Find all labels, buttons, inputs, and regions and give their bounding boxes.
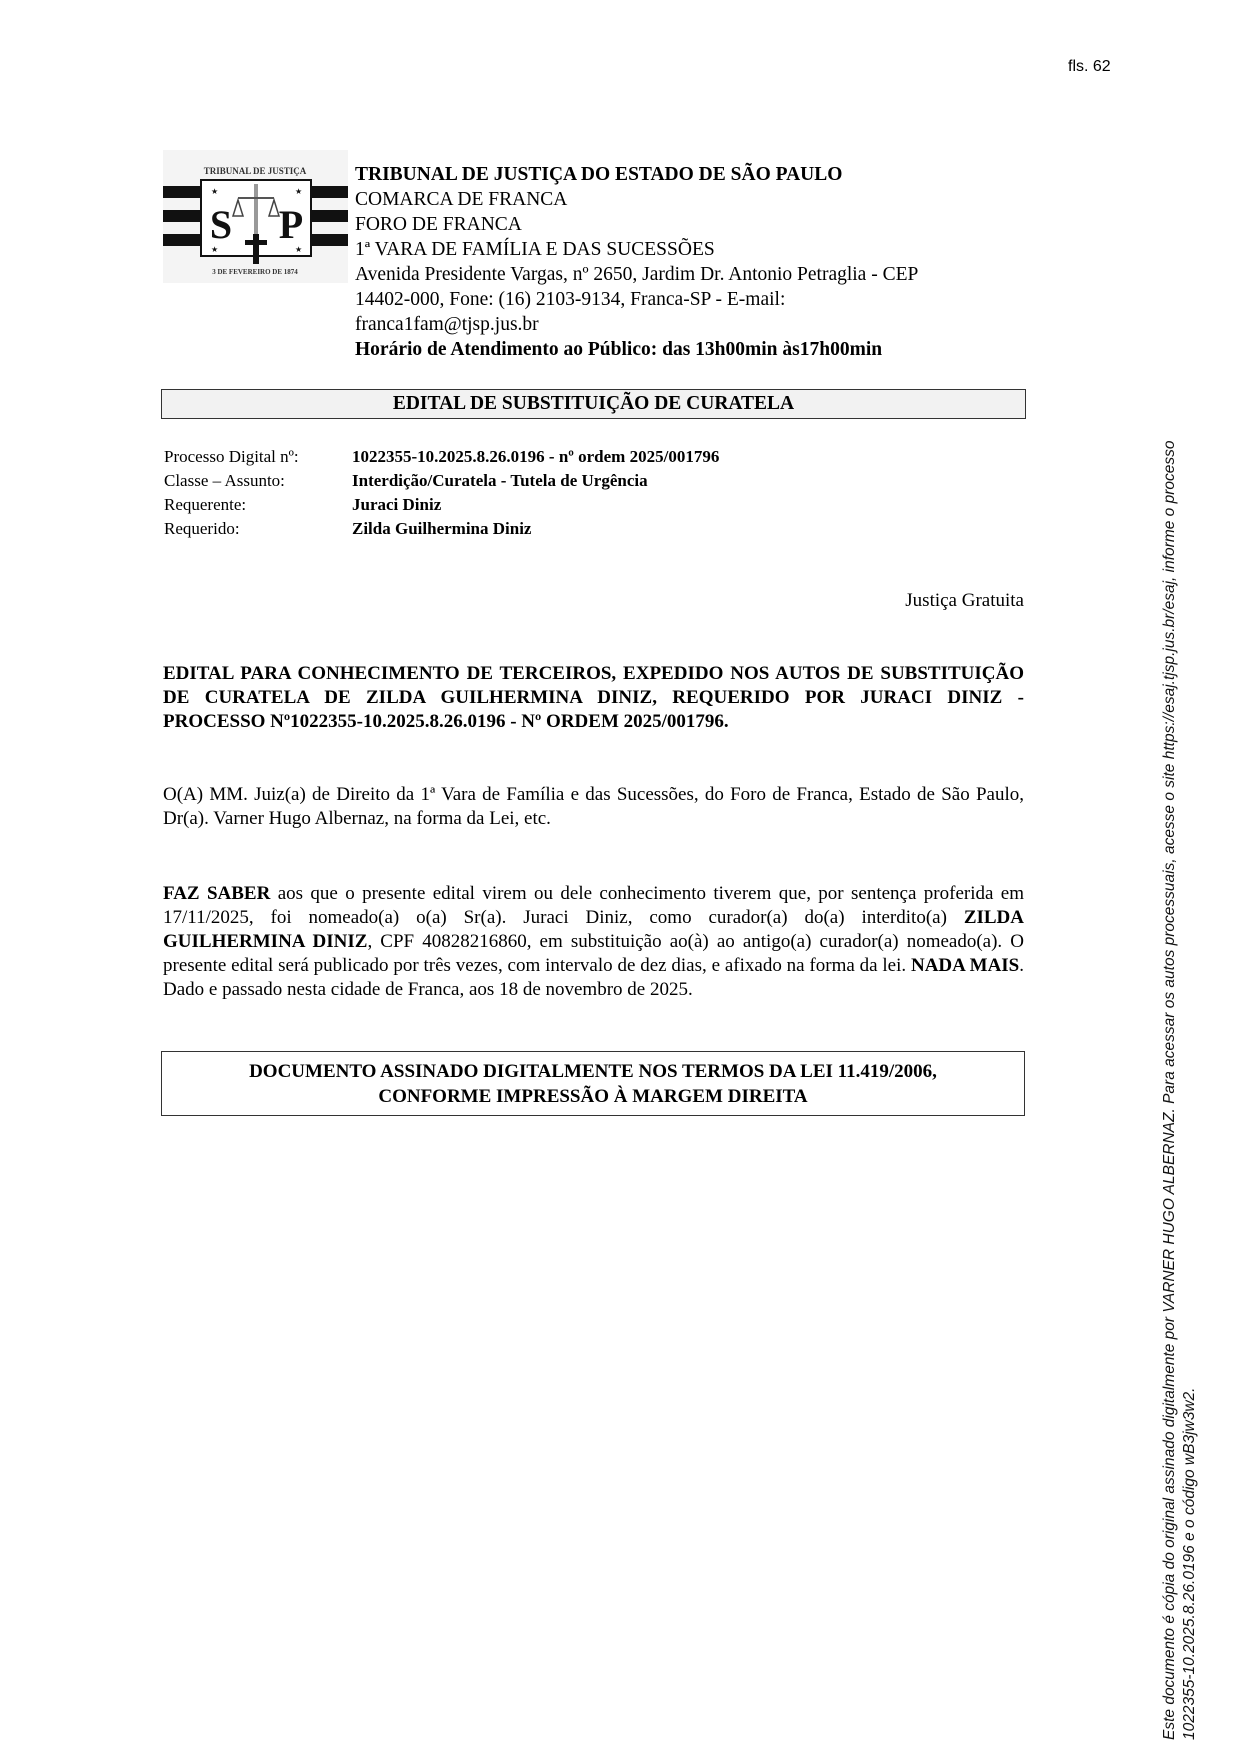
digital-signature-notice: DOCUMENTO ASSINADO DIGITALMENTE NOS TERM… <box>161 1051 1025 1116</box>
signature-line-1: DOCUMENTO ASSINADO DIGITALMENTE NOS TERM… <box>249 1059 937 1084</box>
applicant-label: Requerente: <box>164 493 352 517</box>
nada-mais-text: NADA MAIS <box>911 955 1019 976</box>
vara: 1ª VARA DE FAMÍLIA E DAS SUCESSÕES <box>355 237 995 262</box>
case-info-row: Requerido: Zilda Guilhermina Diniz <box>164 517 719 541</box>
folio-number: fls. 62 <box>1068 58 1111 76</box>
case-number-value: 1022355-10.2025.8.26.0196 - nº ordem 202… <box>352 445 719 469</box>
signature-line-2: CONFORME IMPRESSÃO À MARGEM DIREITA <box>378 1084 807 1109</box>
comarca: COMARCA DE FRANCA <box>355 187 995 212</box>
svg-text:★: ★ <box>211 245 218 254</box>
court-header: TRIBUNAL DE JUSTIÇA DO ESTADO DE SÃO PAU… <box>355 162 995 362</box>
case-info: Processo Digital nº: 1022355-10.2025.8.2… <box>164 445 719 541</box>
case-number-label: Processo Digital nº: <box>164 445 352 469</box>
edital-heading: EDITAL PARA CONHECIMENTO DE TERCEIROS, E… <box>163 662 1024 734</box>
svg-text:★: ★ <box>295 187 302 196</box>
document-title: EDITAL DE SUBSTITUIÇÃO DE CURATELA <box>161 389 1026 419</box>
margin-note-line-1: Este documento é cópia do original assin… <box>1160 441 1180 1740</box>
svg-text:★: ★ <box>295 245 302 254</box>
court-name: TRIBUNAL DE JUSTIÇA DO ESTADO DE SÃO PAU… <box>355 162 995 187</box>
tjsp-coat-of-arms-icon: TRIBUNAL DE JUSTIÇA S P ★ ★ ★ ★ 3 DE FEV… <box>163 150 348 283</box>
margin-note-line-2: 1022355-10.2025.8.26.0196 e o código wB3… <box>1180 441 1200 1740</box>
logo-letter-s: S <box>210 202 232 247</box>
case-info-row: Processo Digital nº: 1022355-10.2025.8.2… <box>164 445 719 469</box>
address-line-2: 14402-000, Fone: (16) 2103-9134, Franca-… <box>355 287 995 312</box>
logo-bottom-text: 3 DE FEVEREIRO DE 1874 <box>212 268 298 276</box>
respondent-label: Requerido: <box>164 517 352 541</box>
logo-top-text: TRIBUNAL DE JUSTIÇA <box>204 166 307 176</box>
case-info-row: Classe – Assunto: Interdição/Curatela - … <box>164 469 719 493</box>
address-line-1: Avenida Presidente Vargas, nº 2650, Jard… <box>355 262 995 287</box>
logo-letter-p: P <box>279 202 303 247</box>
svg-text:★: ★ <box>211 187 218 196</box>
faz-saber-text: FAZ SABER <box>163 883 270 904</box>
case-class-label: Classe – Assunto: <box>164 469 352 493</box>
foro: FORO DE FRANCA <box>355 212 995 237</box>
public-hours: Horário de Atendimento ao Público: das 1… <box>355 337 995 362</box>
intro-paragraph: O(A) MM. Juiz(a) de Direito da 1ª Vara d… <box>163 783 1024 831</box>
case-info-row: Requerente: Juraci Diniz <box>164 493 719 517</box>
body-paragraph: FAZ SABER aos que o presente edital vire… <box>163 882 1024 1002</box>
case-class-value: Interdição/Curatela - Tutela de Urgência <box>352 469 648 493</box>
body-text-1: aos que o presente edital virem ou dele … <box>163 883 1024 928</box>
margin-authentication-note: Este documento é cópia do original assin… <box>1160 441 1200 1740</box>
respondent-value: Zilda Guilhermina Diniz <box>352 517 531 541</box>
court-email: franca1fam@tjsp.jus.br <box>355 312 995 337</box>
tjsp-logo: TRIBUNAL DE JUSTIÇA S P ★ ★ ★ ★ 3 DE FEV… <box>163 150 348 283</box>
justice-type: Justiça Gratuita <box>905 590 1024 612</box>
applicant-value: Juraci Diniz <box>352 493 441 517</box>
